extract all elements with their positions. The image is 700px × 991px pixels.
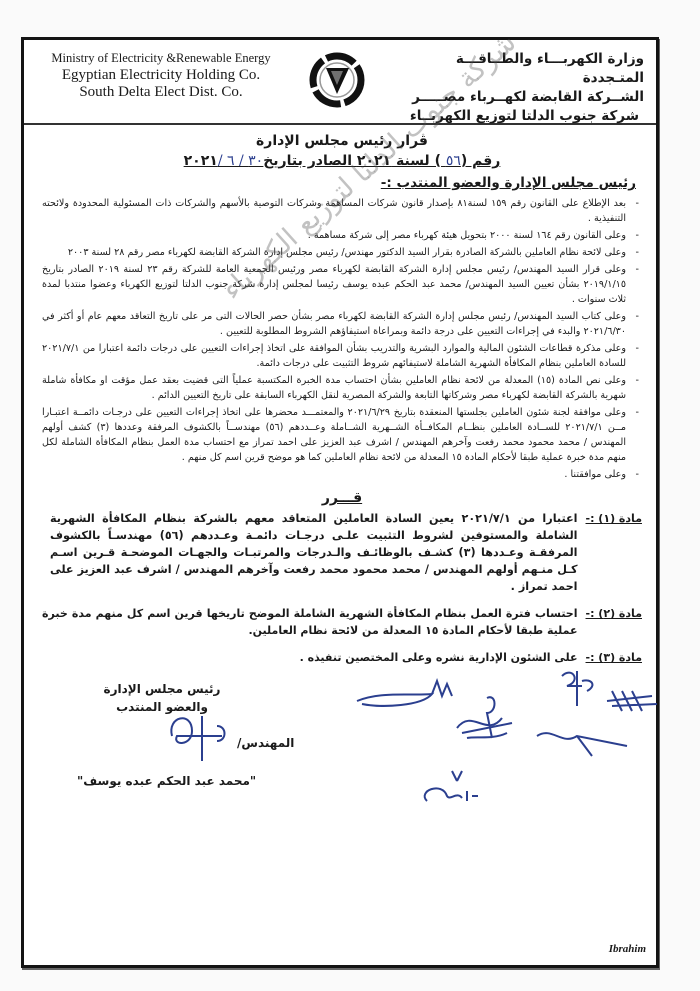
holding-company-ar: الشــركة القابضة لكهــرباء مصـــــر: [394, 88, 644, 107]
chairman-title-line1: رئيس مجلس الإدارة: [102, 680, 222, 698]
decision-number-line: رقم (٥٦ ) لسنة ٢٠٢١ الصادر بتاريخ٣٠ / ٦ …: [42, 151, 642, 171]
article-1-text: اعتبارا من ٢٠٢١/٧/١ يعين السادة العاملين…: [42, 510, 578, 595]
preamble-item: وعلى موافقة لجنة شئون العاملين بجلستها ا…: [42, 405, 642, 465]
engineer-label: المهندس/: [237, 734, 294, 752]
letterhead-english: Ministry of Electricity &Renewable Energ…: [36, 50, 286, 101]
ministry-name-en: Ministry of Electricity &Renewable Energ…: [36, 50, 286, 67]
decision-title: قرار رئيس مجلس الإدارة رقم (٥٦ ) لسنة ٢٠…: [42, 131, 642, 171]
signature-1-icon: [352, 676, 462, 716]
preamble-item: وعلى نص المادة (١٥) المعدلة من لائحة نظا…: [42, 373, 642, 403]
holding-company-en: Egyptian Electricity Holding Co.: [36, 67, 286, 84]
number-prefix: رقم (: [461, 153, 500, 169]
article-2-label: مادة (٢) :-: [578, 605, 642, 639]
ministry-name-ar: وزارة الكهربـــاء والطــاقـــة المتـجددة: [394, 50, 644, 88]
article-2-text: احتساب فترة العمل بنظام المكافأة الشهرية…: [42, 605, 578, 639]
article-3-text: على الشئون الإدارية نشره وعلى المختصين ت…: [42, 649, 578, 666]
article-2: مادة (٢) :- احتساب فترة العمل بنظام المك…: [42, 605, 642, 639]
company-emblem-icon: [309, 52, 365, 108]
decided-heading: قـــرر: [42, 488, 642, 508]
article-3: مادة (٣) :- على الشئون الإدارية نشره وعل…: [42, 649, 642, 666]
letterhead-arabic: وزارة الكهربـــاء والطــاقـــة المتـجددة…: [394, 50, 644, 126]
preamble-item: وعلى مذكرة قطاعات الشئون المالية والموار…: [42, 341, 642, 371]
number-mid: ) لسنة ٢٠٢١ الصادر بتاريخ: [263, 153, 446, 169]
chairman-name: "محمد عبد الحكم عبده يوسف": [77, 772, 256, 790]
decision-body: قرار رئيس مجلس الإدارة رقم (٥٦ ) لسنة ٢٠…: [24, 125, 656, 965]
company-name-ar: شركة جنوب الدلتا لتوزيع الكهربــاء: [394, 107, 644, 126]
preamble-list: بعد الإطلاع على القانون رقم ١٥٩ لسنة٨١ ب…: [42, 196, 642, 482]
signature-area: رئيس مجلس الإدارة والعضو المنتدب المهندس…: [42, 666, 642, 896]
decision-year: ٢٠٢١: [184, 153, 218, 169]
signature-5-icon: [532, 721, 632, 761]
issuer-heading: رئيس مجلس الإدارة والعضو المنتدب :-: [42, 173, 642, 193]
preamble-item: وعلى موافقتنا .: [42, 467, 642, 482]
decision-date-handwritten: ٣٠ / ٦ /: [218, 153, 263, 169]
chairman-signature-icon: [162, 706, 242, 766]
document-frame: Ministry of Electricity &Renewable Energ…: [21, 37, 659, 968]
article-3-label: مادة (٣) :-: [578, 649, 642, 666]
preamble-item: وعلى كتاب السيد المهندس/ رئيس مجلس إدارة…: [42, 309, 642, 339]
signature-3-icon: [552, 666, 602, 716]
article-1: مادة (١) :- اعتبارا من ٢٠٢١/٧/١ يعين الس…: [42, 510, 642, 595]
article-1-label: مادة (١) :-: [578, 510, 642, 595]
preamble-item: وعلى القانون رقم ١٦٤ لسنة ٢٠٠٠ بتحويل هي…: [42, 228, 642, 243]
decision-number: ٥٦: [446, 153, 461, 169]
initials-signature-icon: [412, 756, 482, 816]
typist-name: Ibrahim: [609, 943, 646, 955]
letterhead: Ministry of Electricity &Renewable Energ…: [24, 40, 656, 125]
decision-title-line1: قرار رئيس مجلس الإدارة: [42, 131, 642, 151]
preamble-item: وعلى لائحة نظام العاملين بالشركة الصادرة…: [42, 245, 642, 260]
preamble-item: بعد الإطلاع على القانون رقم ١٥٩ لسنة٨١ ب…: [42, 196, 642, 226]
company-name-en: South Delta Elect Dist. Co.: [36, 84, 286, 101]
signature-2-icon: [452, 688, 522, 748]
signature-4-icon: [602, 686, 662, 716]
preamble-item: وعلى قرار السيد المهندس/ رئيس مجلس إدارة…: [42, 262, 642, 307]
